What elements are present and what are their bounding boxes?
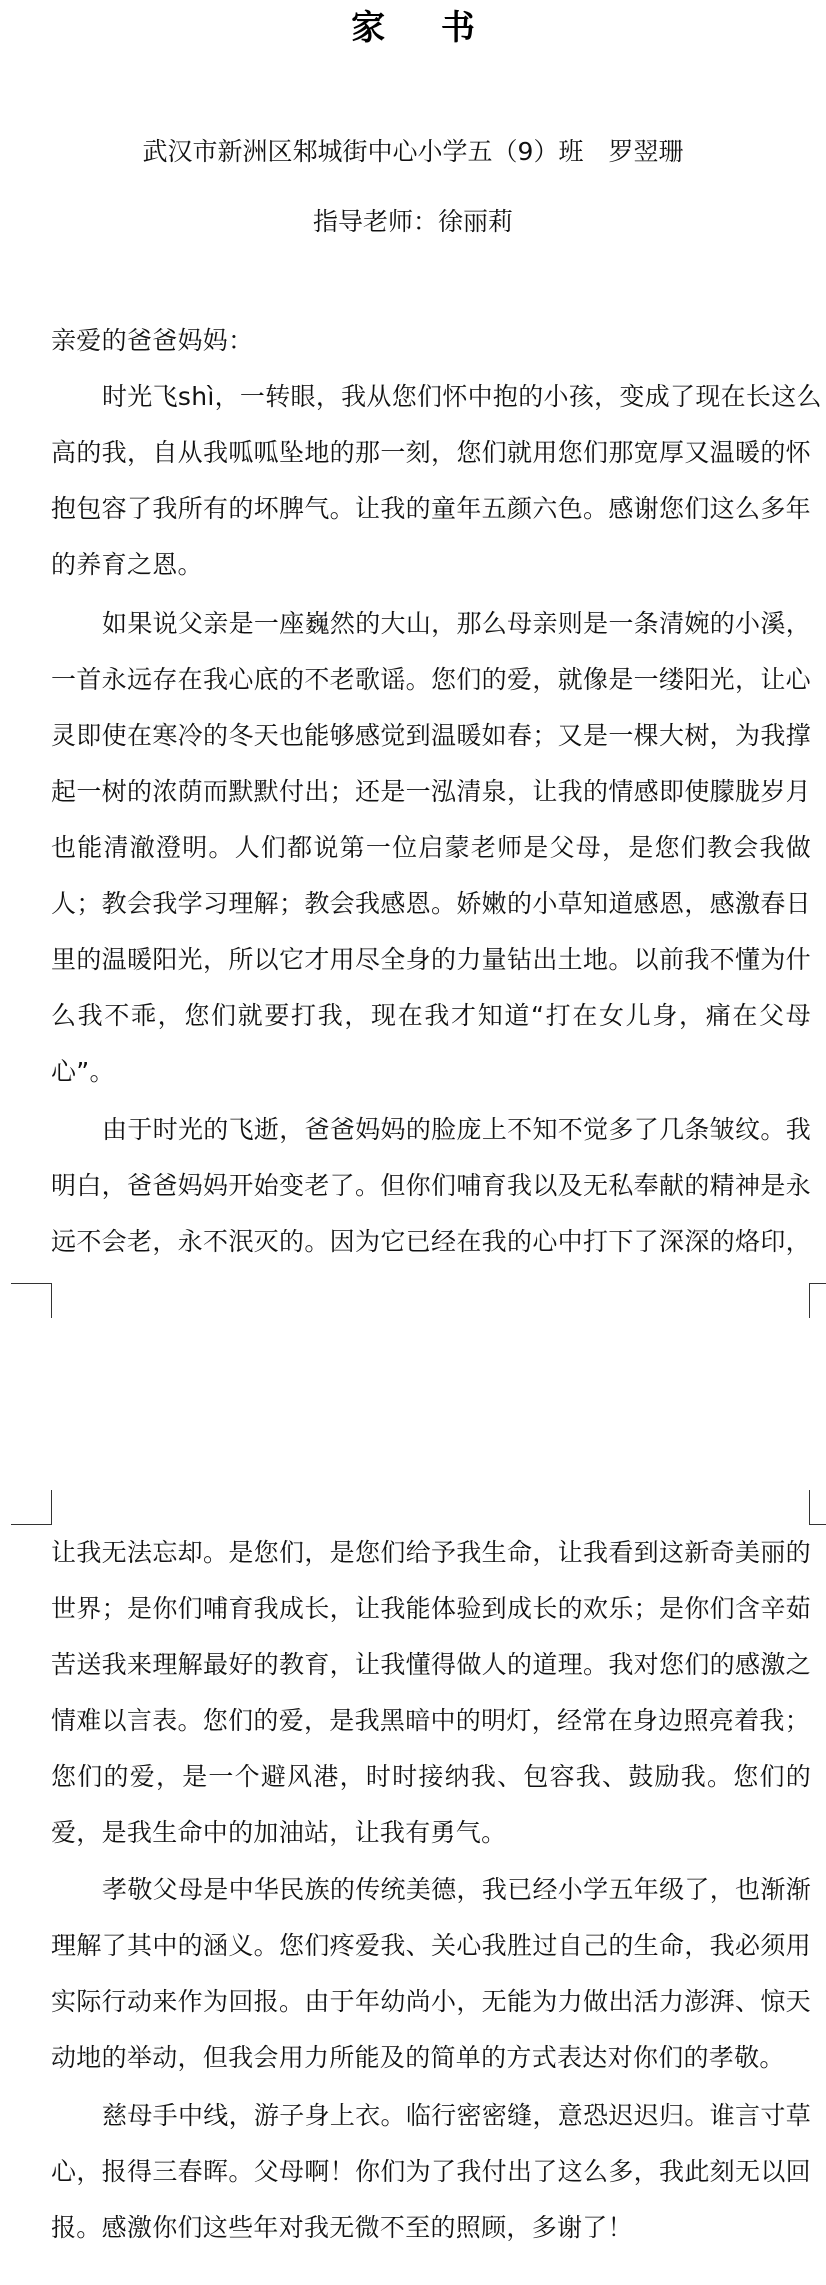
page-corner-mark-bottom-right — [809, 1490, 826, 1525]
body-line: 起一树的浓荫而默默付出；还是一泓清泉，让我的情感即使朦胧岁月 — [51, 776, 811, 808]
teacher-line: 指导老师：徐丽莉 — [0, 206, 826, 238]
body-line: 实际行动来作为回报。由于年幼尚小，无能为力做出活力澎湃、惊天 — [51, 1986, 811, 2018]
body-line: 的养育之恩。 — [51, 549, 811, 581]
body-line: 报。感激你们这些年对我无微不至的照顾，多谢了！ — [51, 2212, 811, 2244]
body-line: 您们的爱，是一个避风港，时时接纳我、包容我、鼓励我。您们的 — [51, 1761, 811, 1793]
body-line: 情难以言表。您们的爱，是我黑暗中的明灯，经常在身边照亮着我； — [51, 1705, 811, 1737]
page-corner-mark-top-right — [809, 1283, 826, 1318]
body-line: 慈母手中线，游子身上衣。临行密密缝，意恐迟迟归。谁言寸草 — [102, 2100, 811, 2132]
body-line: 心”。 — [51, 1056, 811, 1088]
body-line: 抱包容了我所有的坏脾气。让我的童年五颜六色。感谢您们这么多年 — [51, 493, 811, 525]
body-line: 苦送我来理解最好的教育，让我懂得做人的道理。我对您们的感激之 — [51, 1649, 811, 1681]
body-line: 理解了其中的涵义。您们疼爱我、关心我胜过自己的生命，我必须用 — [51, 1930, 811, 1962]
body-line: 让我无法忘却。是您们，是您们给予我生命，让我看到这新奇美丽的 — [51, 1537, 811, 1569]
page-corner-mark-bottom-left — [11, 1490, 52, 1525]
body-line: 动地的举动，但我会用力所能及的简单的方式表达对你们的孝敬。 — [51, 2042, 811, 2074]
body-line: 世界；是你们哺育我成长，让我能体验到成长的欢乐；是你们含辛茹 — [51, 1593, 811, 1625]
letter-title: 家 书 — [0, 6, 826, 50]
body-line: 高的我，自从我呱呱坠地的那一刻，您们就用您们那宽厚又温暖的怀 — [51, 437, 811, 469]
body-line: 爱，是我生命中的加油站，让我有勇气。 — [51, 1817, 811, 1849]
body-line: 也能清澈澄明。人们都说第一位启蒙老师是父母，是您们教会我做 — [51, 832, 811, 864]
body-line: 里的温暖阳光，所以它才用尽全身的力量钻出土地。以前我不懂为什 — [51, 944, 811, 976]
body-line: 明白，爸爸妈妈开始变老了。但你们哺育我以及无私奉献的精神是永 — [51, 1170, 811, 1202]
body-line: 一首永远存在我心底的不老歌谣。您们的爱，就像是一缕阳光，让心 — [51, 664, 811, 696]
author-line: 武汉市新洲区邾城街中心小学五（9）班 罗翌珊 — [0, 136, 826, 168]
body-line: 孝敬父母是中华民族的传统美德，我已经小学五年级了，也渐渐 — [102, 1874, 811, 1906]
greeting: 亲爱的爸爸妈妈： — [51, 325, 811, 357]
page-corner-mark-top-left — [11, 1283, 52, 1318]
body-line: 如果说父亲是一座巍然的大山，那么母亲则是一条清婉的小溪， — [102, 608, 811, 640]
body-line: 灵即使在寒冷的冬天也能够感觉到温暖如春；又是一棵大树，为我撑 — [51, 720, 811, 752]
body-line: 心，报得三春晖。父母啊！你们为了我付出了这么多，我此刻无以回 — [51, 2156, 811, 2188]
body-line: 远不会老，永不泯灭的。因为它已经在我的心中打下了深深的烙印， — [51, 1226, 811, 1258]
body-line: 时光飞shì，一转眼，我从您们怀中抱的小孩，变成了现在长这么 — [102, 381, 811, 413]
body-line: 由于时光的飞逝，爸爸妈妈的脸庞上不知不觉多了几条皱纹。我 — [102, 1114, 811, 1146]
body-line: 人；教会我学习理解；教会我感恩。娇嫩的小草知道感恩，感激春日 — [51, 888, 811, 920]
body-line: 么我不乖，您们就要打我，现在我才知道“打在女儿身，痛在父母 — [51, 1000, 811, 1032]
